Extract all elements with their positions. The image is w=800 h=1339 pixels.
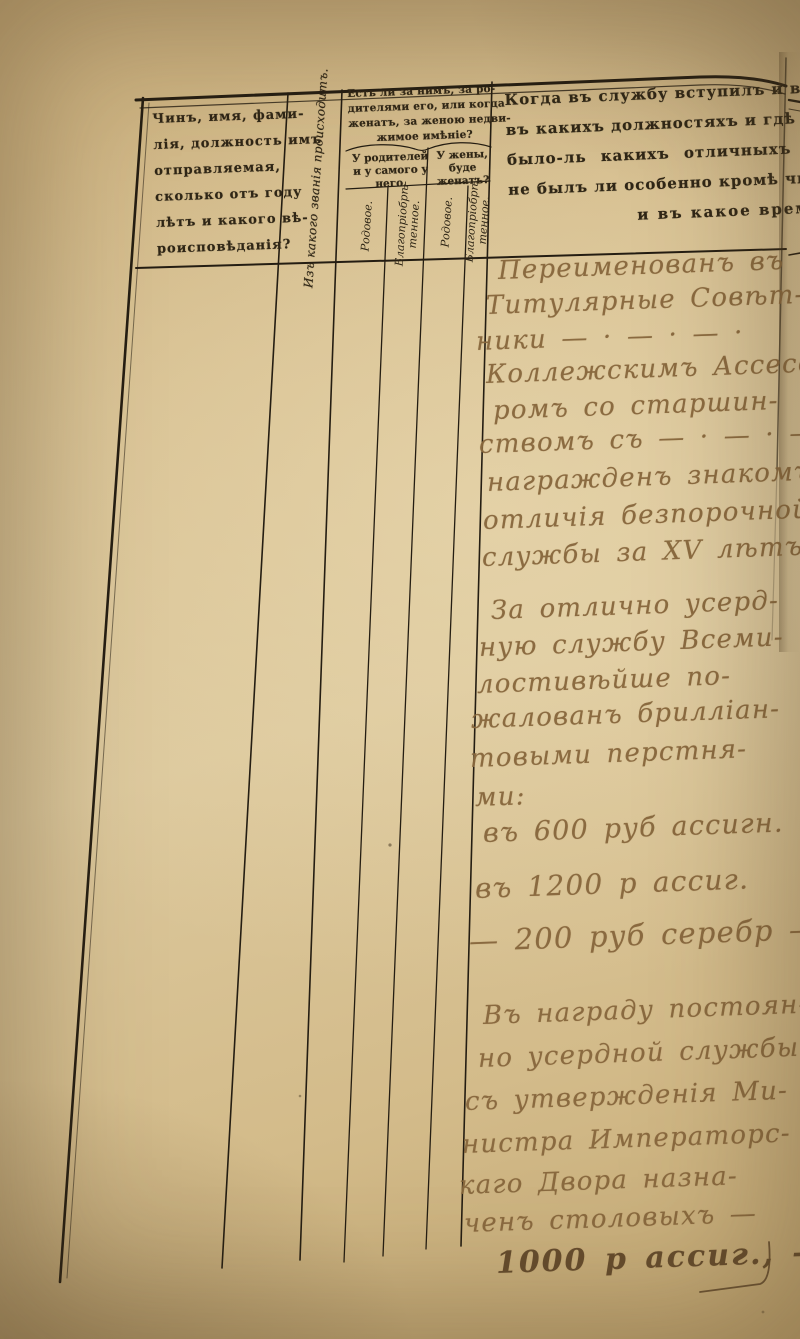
column-header-rank-name: Чинъ, имя, фами-лія, должность имъотправ…: [152, 102, 303, 263]
printed-text-line: роисповѣданія?: [157, 232, 304, 263]
column-header-service-record: Когда въ службу вступилъ и въ оной какъв…: [504, 68, 800, 235]
column-header-estate: Есть ли за нимъ, за ро-дителями его, или…: [347, 82, 501, 147]
printed-text-line: У жены,: [433, 148, 491, 163]
document-photo: Чинъ, имя, фами-лія, должность имъотправ…: [0, 0, 800, 1339]
handwriting-line: ми:: [474, 781, 526, 813]
